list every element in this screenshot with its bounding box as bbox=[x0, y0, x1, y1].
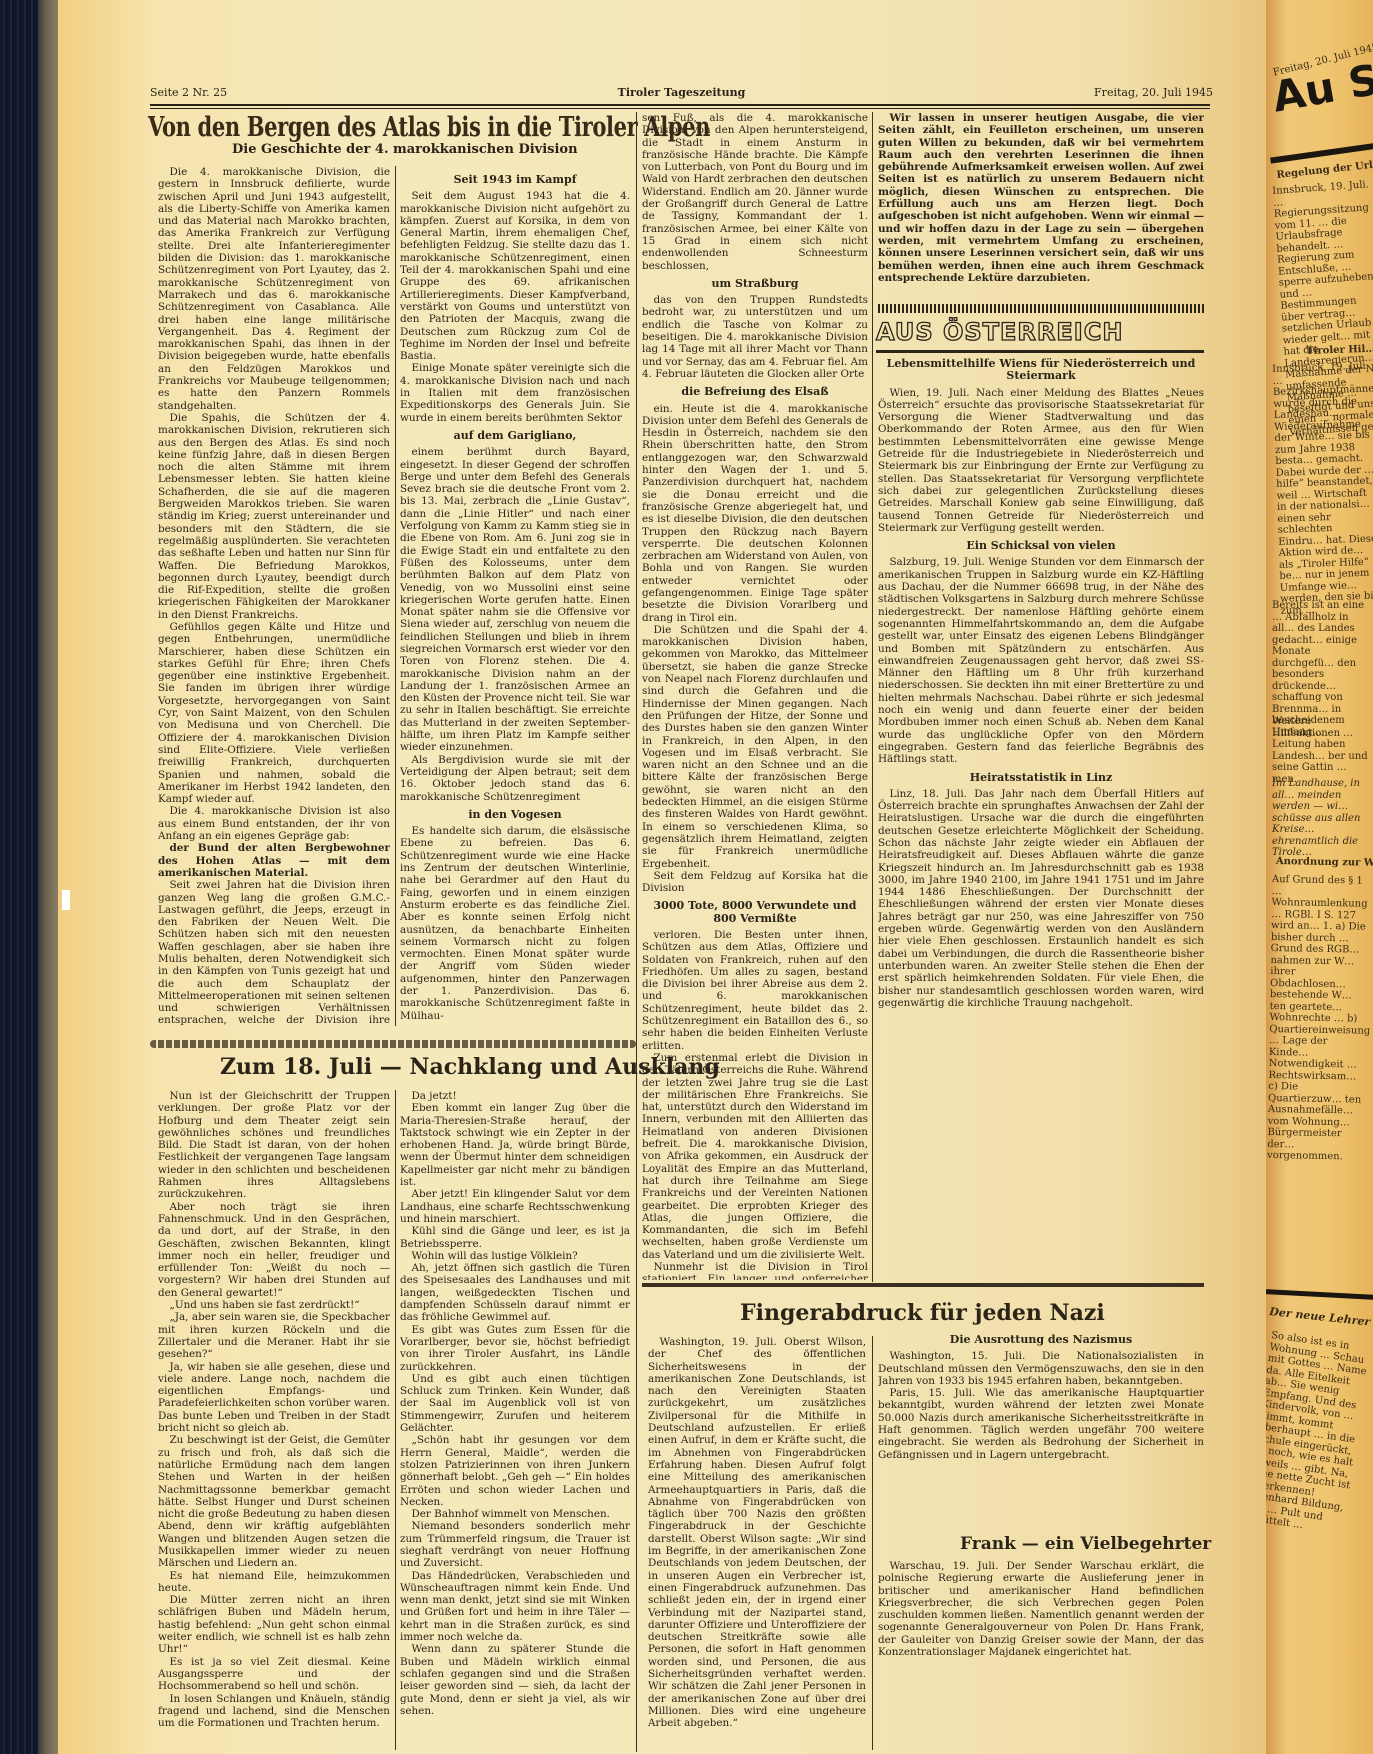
column-divider bbox=[395, 166, 396, 1026]
paragraph: Aber jetzt! Ein klingender Salut vor dem… bbox=[400, 1188, 630, 1225]
paragraph: Es handelte sich darum, die elsässische … bbox=[400, 825, 630, 1022]
paragraph: Aber noch trägt sie ihren Fahnenschmuck.… bbox=[158, 1201, 390, 1299]
paragraph: Die 4. marokkanische Division, die geste… bbox=[158, 166, 390, 412]
paragraph: Zu beschwingt ist der Geist, die Gemüter… bbox=[158, 1434, 390, 1569]
paragraph: Gefühllos gegen Kälte und Hitze und gege… bbox=[158, 621, 390, 805]
paragraph: Ah, jetzt öffnen sich gastlich die Türen… bbox=[400, 1262, 630, 1323]
paragraph: Seit dem August 1943 hat die 4. marokkan… bbox=[400, 190, 630, 362]
facing-heading: Tiroler Hil… bbox=[1306, 344, 1373, 358]
atlas-col-2: Seit 1943 im Kampf Seit dem August 1943 … bbox=[400, 168, 630, 1028]
column-divider bbox=[872, 112, 873, 1282]
section-subhead: um Straßburg bbox=[642, 278, 868, 290]
atlas-col-1: Die 4. marokkanische Division, die geste… bbox=[158, 166, 390, 1026]
section-rule bbox=[876, 350, 1204, 353]
section-subhead: die Befreiung des Elsaß bbox=[642, 386, 868, 398]
column-divider bbox=[872, 1336, 873, 1750]
paragraph: Paris, 15. Juli. Wie das amerikanische H… bbox=[878, 1387, 1204, 1461]
emphasis-line: der Bund der alten Bergbewohner des Hohe… bbox=[158, 842, 390, 879]
paragraph: Eben kommt ein langer Zug über die Maria… bbox=[400, 1102, 630, 1188]
paragraph: „Schön habt ihr gesungen vor dem Herrn G… bbox=[400, 1434, 630, 1508]
page-number: Seite 2 Nr. 25 bbox=[150, 86, 227, 99]
issue-date: Freitag, 20. Juli 1945 bbox=[1094, 86, 1213, 99]
paragraph: Washington, 19. Juli. Oberst Wilson, der… bbox=[648, 1336, 866, 1730]
facing-heading: Anordnung zur W… bbox=[1276, 856, 1373, 869]
news-item-title: Ein Schicksal von vielen bbox=[878, 540, 1204, 552]
paragraph: Die 4. marokkanische Division ist also a… bbox=[158, 805, 390, 842]
section-subhead: auf dem Garigliano, bbox=[400, 430, 630, 442]
fingerabdruck-col-1: Washington, 19. Juli. Oberst Wilson, der… bbox=[648, 1336, 866, 1750]
frank-headline: Frank — ein Vielbegehrter bbox=[960, 1534, 1211, 1554]
book-binding bbox=[0, 0, 38, 1754]
section-title: AUS ÖSTERREICH bbox=[876, 318, 1123, 346]
paragraph: „Ja, aber sein waren sie, die Speckbache… bbox=[158, 1311, 390, 1360]
section-rule bbox=[642, 1283, 1204, 1287]
juli-headline: Zum 18. Juli — Nachklang und Ausklang bbox=[220, 1054, 720, 1080]
facing-rule bbox=[1266, 1289, 1373, 1300]
paragraph: Seit zwei Jahren hat die Division ihren … bbox=[158, 879, 390, 1026]
juli-col-1: Nun ist der Gleichschritt der Truppen ve… bbox=[158, 1090, 390, 1750]
paragraph: ein. Heute ist die 4. marokkanische Divi… bbox=[642, 403, 868, 624]
paragraph: Die Mütter zerren nicht an ihren schläfr… bbox=[158, 1594, 390, 1655]
paragraph: Es gibt was Gutes zum Essen für die Vora… bbox=[400, 1324, 630, 1373]
notice-divider bbox=[878, 304, 1204, 313]
wavy-divider bbox=[150, 1040, 636, 1048]
fingerabdruck-headline: Fingerabdruck für jeden Nazi bbox=[740, 1300, 1105, 1326]
facing-heading: Der neue Lehrer im D… bbox=[1269, 1306, 1373, 1333]
editorial-notice: Wir lassen in unserer heutigen Ausgabe, … bbox=[878, 112, 1204, 302]
paragraph: Die Schützen und die Spahi der 4. marokk… bbox=[642, 624, 868, 870]
binding-edge bbox=[38, 0, 58, 1754]
paragraph: einem berühmt durch Bayard, eingesetzt. … bbox=[400, 446, 630, 753]
fingerabdruck-col-2: Die Ausrottung des Nazismus Washington, … bbox=[878, 1334, 1204, 1534]
facing-banner: Au S bbox=[1272, 73, 1373, 103]
paragraph: „Und uns haben sie fast zerdrückt!“ bbox=[158, 1299, 390, 1311]
facing-text: Innsbruck, 19. Juli. … Bezirkshauptmänne… bbox=[1272, 361, 1373, 617]
section-subhead: Seit 1943 im Kampf bbox=[400, 174, 630, 186]
section-subhead: in den Vogesen bbox=[400, 809, 630, 821]
paragraph: Nunmehr ist die Division in Tirol statio… bbox=[642, 1261, 868, 1280]
paragraph: Wenn dann zu späterer Stunde die Buben u… bbox=[400, 1643, 630, 1717]
atlas-subtitle: Die Geschichte der 4. marokkanischen Div… bbox=[232, 142, 578, 157]
news-item-text: Linz, 18. Juli. Das Jahr nach dem Überfa… bbox=[878, 788, 1204, 1009]
column-divider bbox=[395, 1090, 396, 1750]
facing-text: Im Landhause, in all… meinden werden — w… bbox=[1272, 778, 1372, 859]
atlas-headline: Von den Bergen des Atlas bis in die Tiro… bbox=[148, 112, 710, 143]
juli-col-2: Da jetzt! Eben kommt ein langer Zug über… bbox=[400, 1090, 630, 1750]
news-item-title: Lebensmittelhilfe Wiens für Niederösterr… bbox=[878, 358, 1204, 383]
facing-text: Auf Grund des § 1 … Wohnraumlenkung … RG… bbox=[1267, 874, 1372, 1163]
paragraph: Als Bergdivision wurde sie mit der Verte… bbox=[400, 754, 630, 803]
news-item-text: Salzburg, 19. Juli. Wenige Stunden vor d… bbox=[878, 556, 1204, 765]
column-divider bbox=[636, 112, 637, 1752]
paragraph: Seit dem Feldzug auf Korsika hat die Div… bbox=[642, 870, 868, 895]
frank-column: Warschau, 19. Juli. Der Sender Warschau … bbox=[878, 1560, 1204, 1700]
gutter-mark bbox=[62, 890, 70, 910]
paragraph: Und es gibt auch einen tüchtigen Schluck… bbox=[400, 1373, 630, 1434]
facing-text: So also ist es in Wohnung … Schau mit Go… bbox=[1266, 1330, 1371, 1538]
section-subhead: Die Ausrottung des Nazismus bbox=[878, 1334, 1204, 1346]
paragraph: sen Fuß, als die 4. marokkanische Divisi… bbox=[642, 112, 868, 272]
paragraph: Nun ist der Gleichschritt der Truppen ve… bbox=[158, 1090, 390, 1201]
paragraph: Der Bahnhof wimmelt von Menschen. bbox=[400, 1508, 630, 1520]
paragraph: Es ist ja so viel Zeit diesmal. Keine Au… bbox=[158, 1656, 390, 1693]
aus-oesterreich-column: Lebensmittelhilfe Wiens für Niederösterr… bbox=[878, 358, 1204, 1282]
notice-text: Wir lassen in unserer heutigen Ausgabe, … bbox=[878, 112, 1204, 284]
section-subhead: 3000 Tote, 8000 Verwundete und 800 Vermi… bbox=[642, 900, 868, 925]
paragraph: Einige Monate später vereinigte sich die… bbox=[400, 362, 630, 423]
paragraph: Warschau, 19. Juli. Der Sender Warschau … bbox=[878, 1560, 1204, 1658]
masthead: Tiroler Tageszeitung bbox=[618, 86, 746, 99]
paragraph: Das Händedrücken, Verabschieden und Wüns… bbox=[400, 1570, 630, 1644]
paragraph: Kühl sind die Gänge und leer, es ist ja … bbox=[400, 1225, 630, 1250]
facing-text: Weitere Hilfsaktionen … Leitung haben La… bbox=[1272, 716, 1372, 785]
paragraph: verloren. Die Besten unter ihnen, Schütz… bbox=[642, 929, 868, 1052]
paragraph: Es hat niemand Eile, heimzukommen heute. bbox=[158, 1570, 390, 1595]
paragraph: Wohin will das lustige Völklein? bbox=[400, 1250, 630, 1262]
paragraph: Washington, 15. Juli. Die Nationalsozial… bbox=[878, 1350, 1204, 1387]
header-rule bbox=[150, 104, 1210, 109]
news-item-title: Heiratsstatistik in Linz bbox=[878, 772, 1204, 784]
page-header: Seite 2 Nr. 25 Tiroler Tageszeitung Frei… bbox=[150, 86, 1213, 100]
paragraph: Ja, wir haben sie alle gesehen, diese un… bbox=[158, 1361, 390, 1435]
paragraph: In losen Schlangen und Knäueln, ständig … bbox=[158, 1693, 390, 1730]
news-item-text: Wien, 19. Juli. Nach einer Meldung des B… bbox=[878, 387, 1204, 535]
facing-page: Freitag, 20. Juli 1945 Au S Regelung der… bbox=[1266, 0, 1373, 1754]
section-banner: AUS ÖSTERREICH bbox=[876, 318, 1204, 346]
paragraph: Zum erstenmal erlebt die Division in den… bbox=[642, 1052, 868, 1261]
paragraph: Da jetzt! bbox=[400, 1090, 630, 1102]
paragraph: Niemand besonders sonderlich mehr zum Tr… bbox=[400, 1520, 630, 1569]
paragraph: das von den Truppen Rundstedts bedroht w… bbox=[642, 294, 868, 380]
paragraph: Die Spahis, die Schützen der 4. marokkan… bbox=[158, 412, 390, 621]
atlas-col-3: sen Fuß, als die 4. marokkanische Divisi… bbox=[642, 112, 868, 1280]
